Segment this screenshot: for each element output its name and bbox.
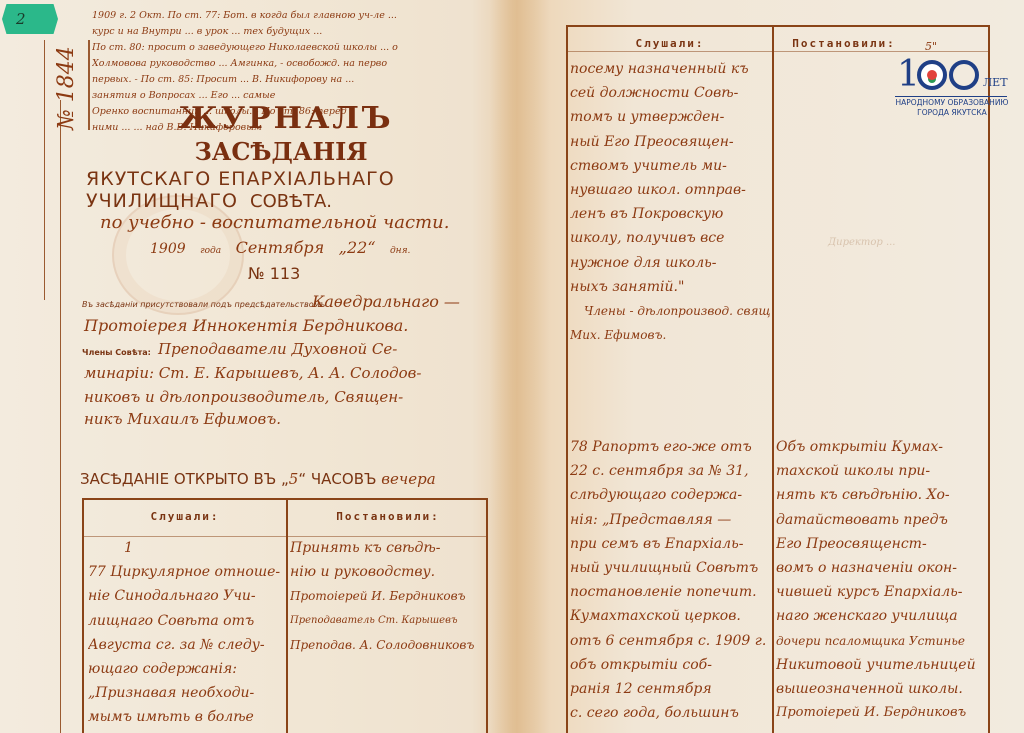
- cell-line: при семъ въ Епархіаль-: [570, 532, 770, 556]
- cell-line: датайствовать предъ: [776, 508, 988, 532]
- session-title: ЗАСѢДАНІЯ: [0, 137, 512, 166]
- members-line: минаріи: Ст. Е. Карышевъ, А. А. Солодов-: [84, 364, 421, 382]
- note-line: По ст. 80: просит о заведующего Николаев…: [92, 40, 507, 56]
- faint-stamp-text: Директор ...: [828, 237, 895, 248]
- note-line: курс и на Внутри ... в урок ... тех буду…: [92, 24, 507, 40]
- cell-line: наго женскаго училища: [776, 604, 988, 628]
- cell-line: ющаго содержанія:: [88, 657, 286, 681]
- cell-line: 77 Циркулярное отноше-: [88, 560, 286, 584]
- presided-value-cont: Протоіерея Иннокентія Бердникова.: [84, 316, 408, 335]
- org-title-line2: СОВѢТА.: [0, 191, 512, 212]
- left-page: 2 № 1844 1909 г. 2 Окт. По ст. 77: Бот. …: [0, 0, 512, 733]
- cell-line: ный Его Преосвящен-: [570, 130, 770, 154]
- cell-line: Кумахтахской церков.: [570, 604, 770, 628]
- cell-line: нію и руководству.: [290, 560, 486, 584]
- emblem-icon: [917, 60, 947, 90]
- cell-line: Члены - дѣлопроизвод. свящ.: [570, 299, 770, 323]
- cell-line: „Признавая необходи-: [88, 681, 286, 705]
- anniversary-logo: 1 ЛЕТ НАРОДНОМУ ОБРАЗОВАНИЮ ГОРОДА ЯКУТС…: [893, 56, 1011, 122]
- cell-line: чившей курсъ Епархіаль-: [776, 580, 988, 604]
- note-line: первых. - По ст. 85: Просит ... В. Никиф…: [92, 72, 507, 88]
- cell-line: нія: „Представляя —: [570, 508, 770, 532]
- cell-line: Преподаватель Ст. Карышевъ: [290, 609, 486, 633]
- date-day-suffix: дня.: [390, 246, 410, 256]
- cell-line: 78 Рапортъ его-же отъ: [570, 435, 770, 459]
- date-month: Сентября: [236, 238, 325, 257]
- date-day: „22“: [339, 238, 376, 257]
- cell-line: посему назначенный къ: [570, 57, 770, 81]
- date-line: 1909 года Сентября „22“ дня.: [150, 238, 420, 257]
- heard-cell-top: посему назначенный къ сей должности Совѣ…: [570, 57, 770, 347]
- cell-line: сей должности Совѣ-: [570, 81, 770, 105]
- column-divider: [772, 27, 774, 733]
- logo-suffix: ЛЕТ: [983, 76, 1008, 89]
- cell-line: ствомъ учитель ми-: [570, 154, 770, 178]
- heard-cell: 1 77 Циркулярное отноше- ніе Синодальнаг…: [88, 536, 286, 730]
- presided-label: Въ засѣданіи присутствовали подъ предсѣд…: [82, 300, 325, 309]
- cell-line: Протоіерей И. Бердниковъ: [290, 584, 486, 608]
- presided-value: Каѳедральнаго —: [312, 292, 460, 311]
- header-resolved: Постановили:: [774, 37, 914, 50]
- cell-line: ныхъ занятій.": [570, 275, 770, 299]
- logo-line1: НАРОДНОМУ ОБРАЗОВАНИЮ: [893, 98, 1011, 107]
- resolved-cell-bottom: Объ открытіи Кумах- тахской школы при- н…: [776, 435, 988, 725]
- cell-line: ранія 12 сентября: [570, 677, 770, 701]
- cell-line: отъ 6 сентября с. 1909 г.: [570, 629, 770, 653]
- resolved-cell: Принять къ свѣдѣ- нію и руководству. Про…: [290, 536, 486, 657]
- cell-line: постановленіе попечит.: [570, 580, 770, 604]
- cell-line: Принять къ свѣдѣ-: [290, 536, 486, 560]
- date-year: 1909: [150, 241, 186, 257]
- cell-line: Никитовой учительницей: [776, 653, 988, 677]
- corner-mark: 5": [925, 40, 937, 53]
- note-line: 1909 г. 2 Окт. По ст. 77: Бот. в когда б…: [92, 8, 507, 24]
- header-resolved: Постановили:: [288, 510, 488, 523]
- cell-line: ный училищный Совѣтъ: [570, 556, 770, 580]
- cell-line: Преподав. А. Солодовниковъ: [290, 633, 486, 657]
- document-spread: 2 № 1844 1909 г. 2 Окт. По ст. 77: Бот. …: [0, 0, 1024, 733]
- cell-line: 22 с. сентября за № 31,: [570, 459, 770, 483]
- cell-line: нять къ свѣдѣнію. Хо-: [776, 483, 988, 507]
- cell-line: 1: [88, 536, 286, 560]
- cell-line: мымъ имѣть в болѣе: [88, 705, 286, 729]
- opened-evening: вечера: [381, 470, 435, 488]
- cell-line: Протоіерей И. Бердниковъ: [776, 701, 988, 725]
- members-line: Преподаватели Духовной Се-: [158, 340, 397, 358]
- cell-line: слѣдующаго содержа-: [570, 483, 770, 507]
- note-line: Холмовова руководство ... Амгинка, - осв…: [92, 56, 507, 72]
- cell-line: вомъ о назначеніи окон-: [776, 556, 988, 580]
- cell-line: дочери псаломщика Устинье: [776, 629, 988, 653]
- minutes-table-left: Слушали: Постановили: 1 77 Циркулярное о…: [82, 498, 488, 733]
- opened-hour: 5: [289, 470, 299, 488]
- cell-line: нужное для школь-: [570, 251, 770, 275]
- archive-tab-label: 2: [2, 4, 58, 34]
- cell-line: ніе Синодальнаго Учи-: [88, 584, 286, 608]
- logo-line2: ГОРОДА ЯКУТСКА: [893, 108, 1011, 117]
- header-heard: Слушали:: [84, 510, 286, 523]
- cell-line: тахской школы при-: [776, 459, 988, 483]
- cell-line: Объ открытіи Кумах-: [776, 435, 988, 459]
- opened-label: ЗАСѢДАНІЕ ОТКРЫТО ВЪ „: [80, 470, 289, 488]
- subtitle: по учебно - воспитательной части.: [100, 212, 449, 233]
- members-line: никовъ и дѣлопроизводитель, Священ-: [84, 388, 403, 406]
- quill-ring-icon: [949, 60, 979, 90]
- cell-line: с. сего года, большинъ: [570, 701, 770, 725]
- margin-rule: [44, 40, 45, 300]
- opened-label-2: “ ЧАСОВЪ: [298, 470, 376, 488]
- header-heard: Слушали:: [568, 37, 772, 50]
- members-label: Члены Совѣта:: [82, 348, 151, 357]
- cell-line: вышеозначенной школы.: [776, 677, 988, 701]
- cell-line: ленъ въ Покровскую: [570, 202, 770, 226]
- minutes-table-right: Слушали: Постановили: посему назначенный…: [566, 25, 990, 733]
- session-opened: ЗАСѢДАНІЕ ОТКРЫТО ВЪ „5“ ЧАСОВЪ вечера: [80, 470, 436, 488]
- cell-line: Его Преосвященст-: [776, 532, 988, 556]
- journal-title: ЖУРНАЛЪ: [0, 101, 512, 136]
- cell-line: объ открытіи соб-: [570, 653, 770, 677]
- cell-line: школу, получивъ все: [570, 226, 770, 250]
- date-year-suffix: года: [200, 246, 221, 256]
- cell-line: лищнаго Совѣта отъ: [88, 609, 286, 633]
- cell-line: Мих. Ефимовъ.: [570, 323, 770, 347]
- session-number: № 113: [248, 264, 300, 283]
- heard-cell-bottom: 78 Рапортъ его-же отъ 22 с. сентября за …: [570, 435, 770, 725]
- logo-divider: [895, 96, 1007, 97]
- cell-line: нувшаго школ. отправ-: [570, 178, 770, 202]
- column-divider: [286, 500, 288, 733]
- cell-line: Августа сг. за № следу-: [88, 633, 286, 657]
- members-line: никъ Михаилъ Ефимовъ.: [84, 410, 281, 428]
- cell-line: томъ и утвержден-: [570, 105, 770, 129]
